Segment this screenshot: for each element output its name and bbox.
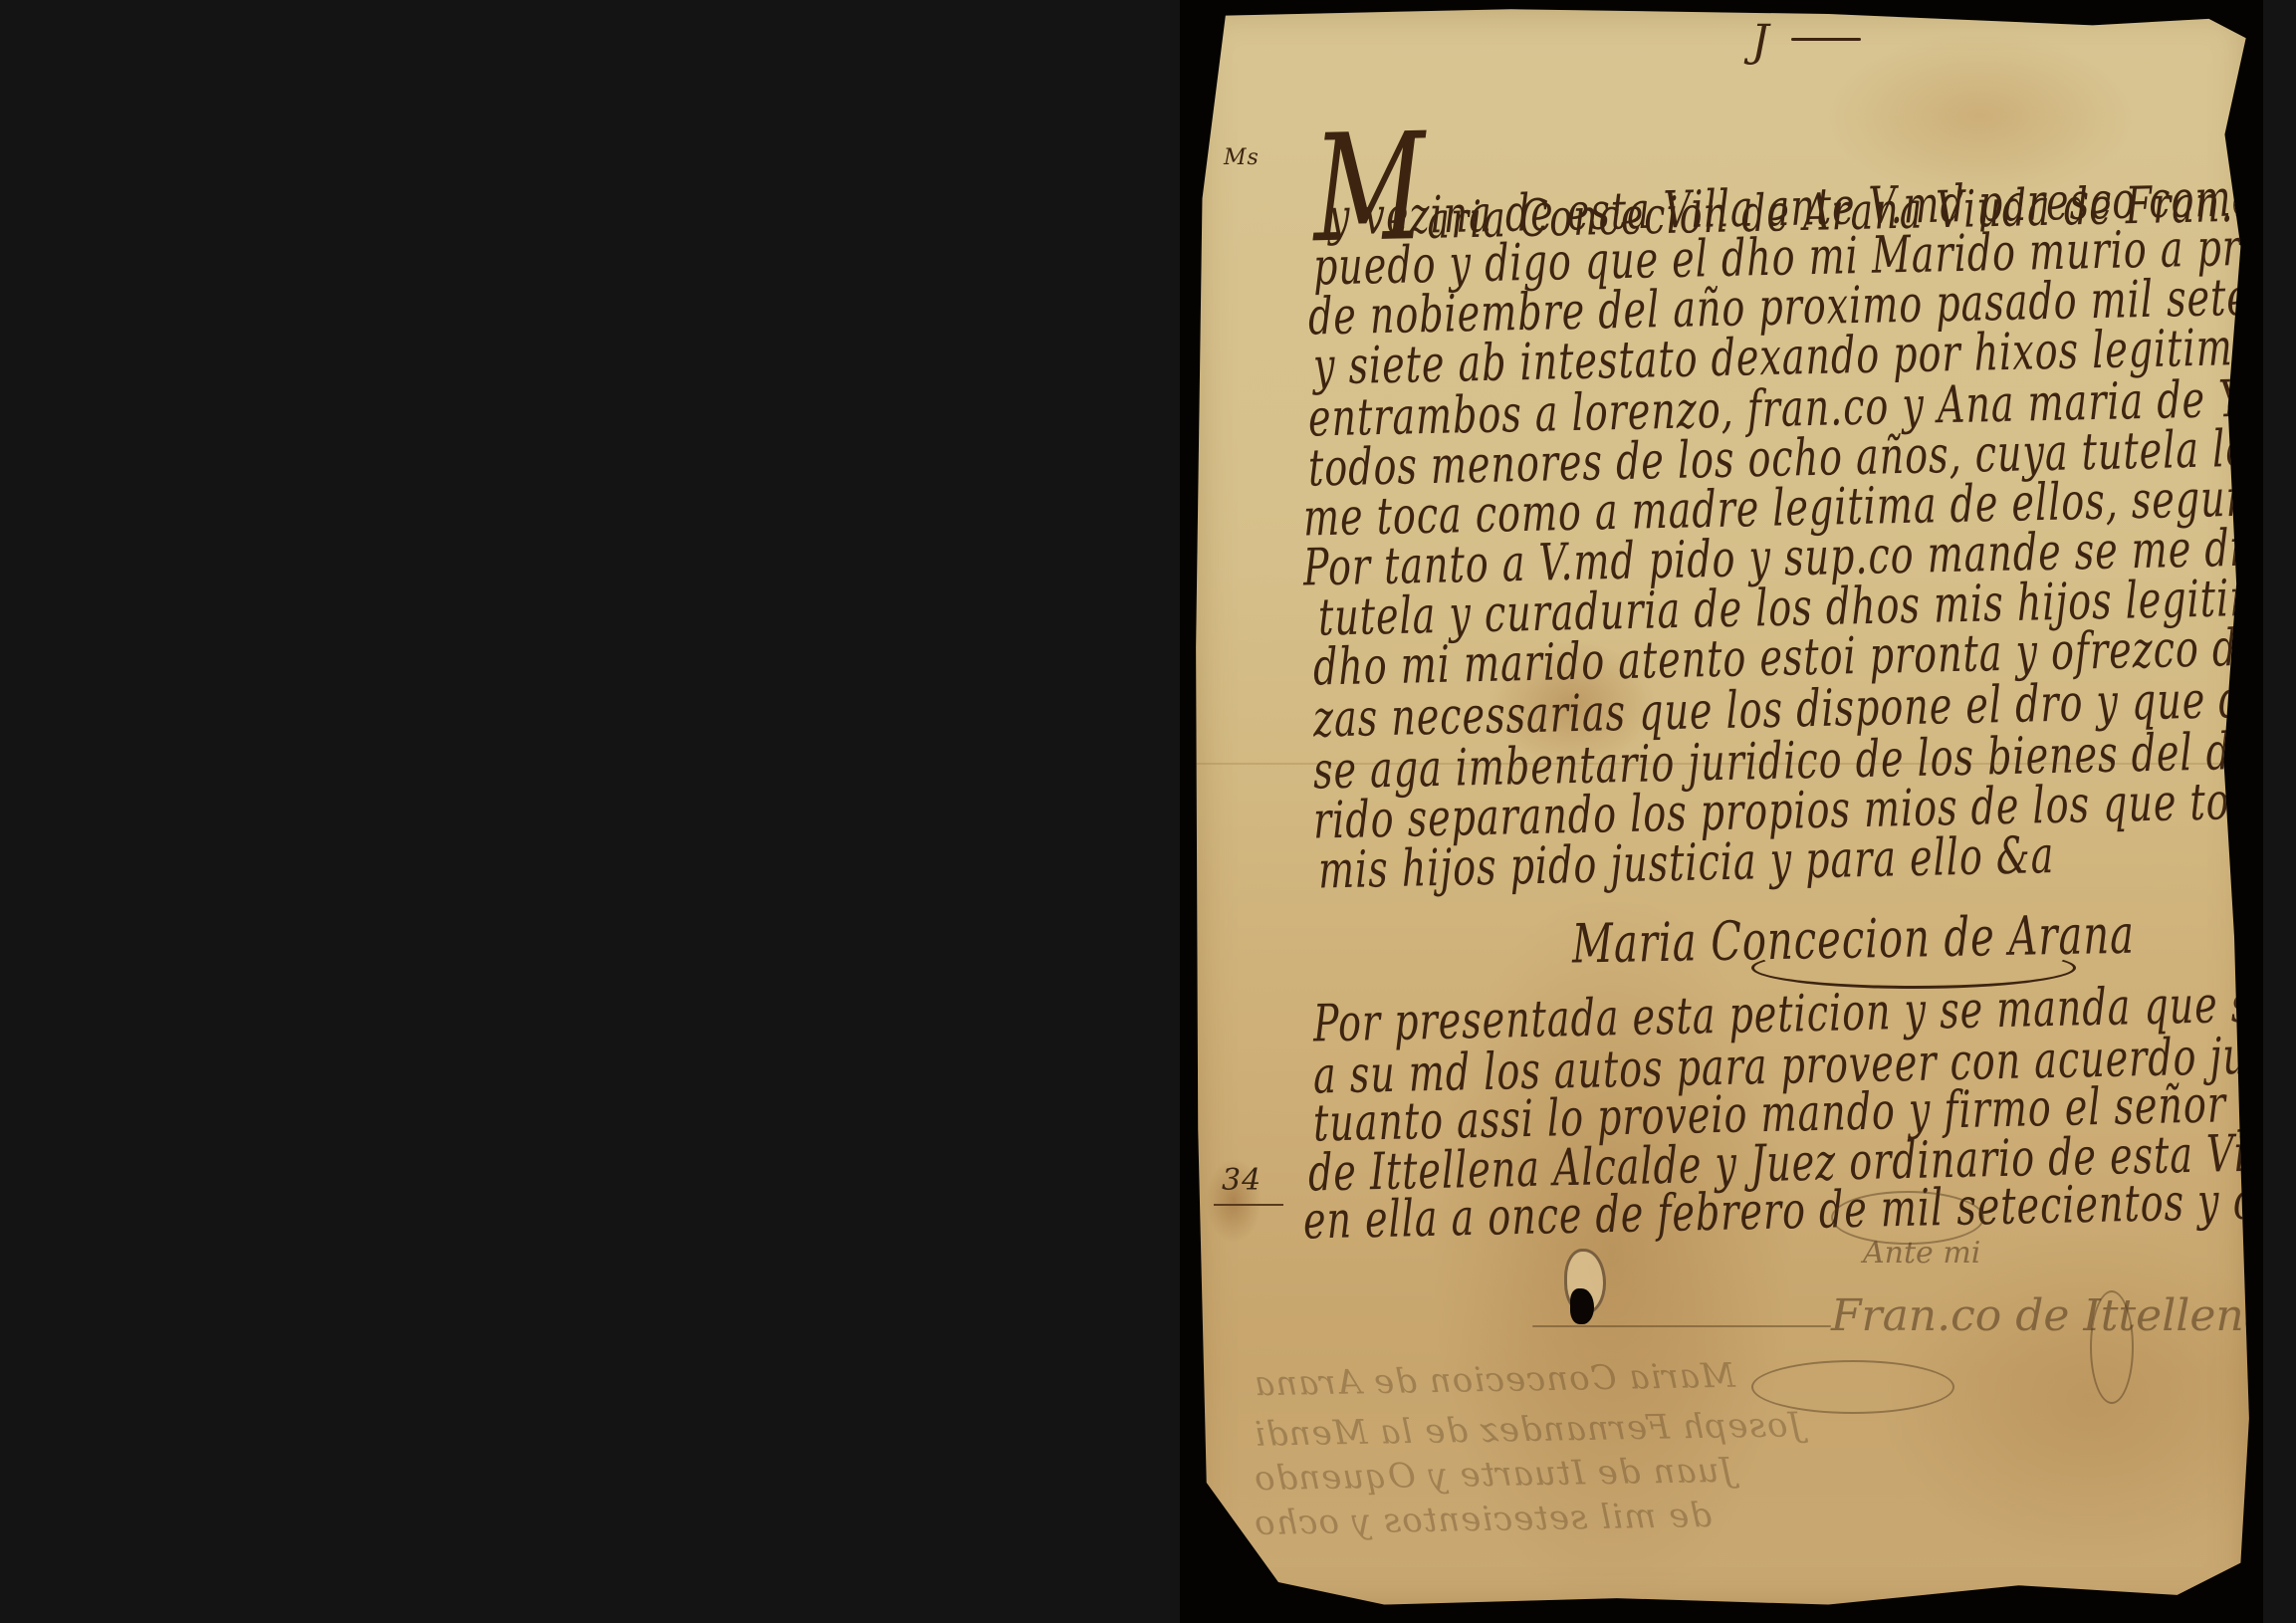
bleed-through-line: de mil setecientos y ocho <box>1254 1496 1713 1543</box>
bleed-through-line: Maria Concecion de Arana <box>1254 1356 1735 1404</box>
header-mark: J <box>1751 16 1770 67</box>
manuscript-paper: J Ms Maria Concecion de Arana Viuda de F… <box>1194 6 2251 1611</box>
header-mark-stroke <box>1791 38 1861 41</box>
bleed-through-line: Juan de Ituarte y Oquendo <box>1254 1451 1734 1499</box>
scanned-page[interactable]: J Ms Maria Concecion de Arana Viuda de F… <box>1180 0 2263 1623</box>
rubric-stroke <box>1532 1325 1831 1327</box>
paper-hole <box>1570 1288 1594 1324</box>
notary-signature: Fran.co de Ittellena <box>1831 1290 2263 1341</box>
viewer-background <box>0 0 1180 1623</box>
rubric-loop <box>1831 1191 1984 1245</box>
rubric-loop <box>2090 1290 2134 1404</box>
folio-number: 34 <box>1222 1163 1262 1198</box>
margin-mark: Ms <box>1224 145 1260 170</box>
document-viewer: J Ms Maria Concecion de Arana Viuda de F… <box>0 0 2296 1623</box>
folio-rule <box>1214 1204 1283 1206</box>
bleed-through-line: Joseph Fernandez de la Mendi <box>1254 1405 1803 1455</box>
